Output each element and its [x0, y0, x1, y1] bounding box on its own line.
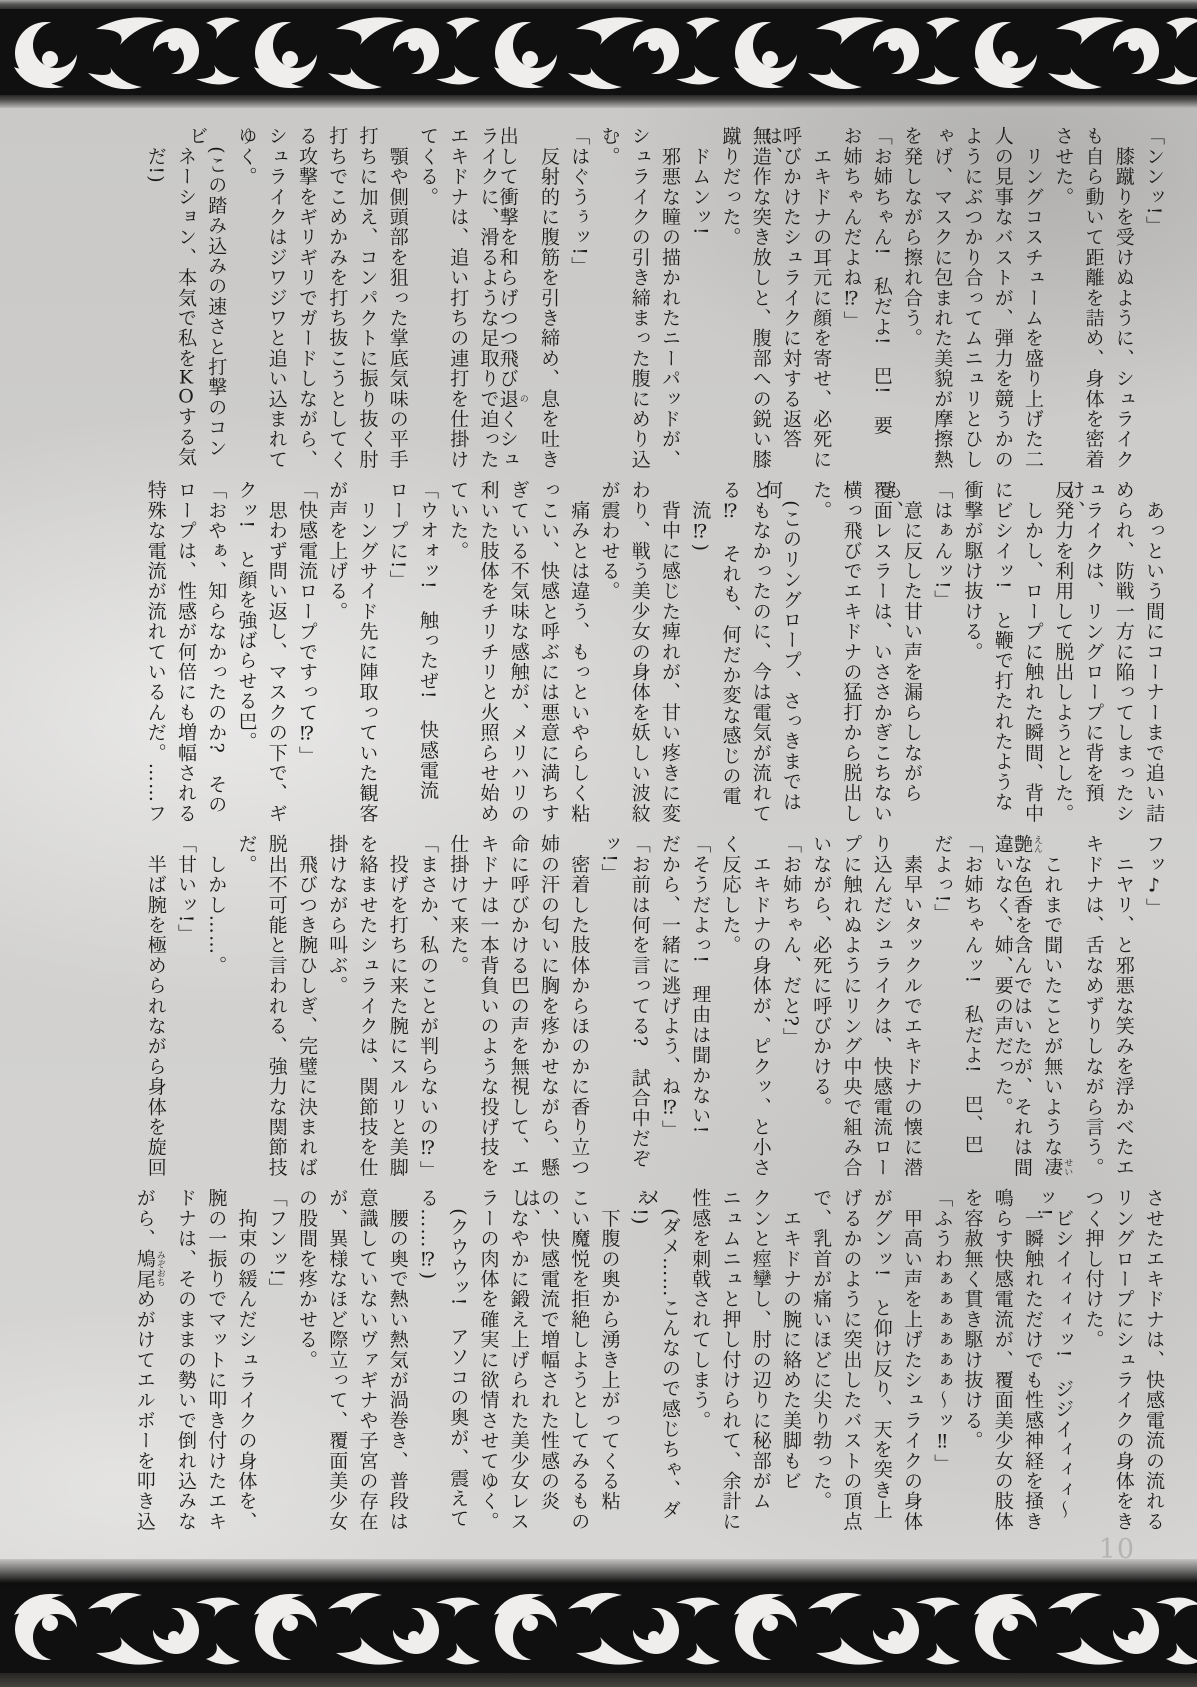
text-column: の、快感電流で増幅された性感の炎は、: [528, 1188, 558, 1536]
text-column: フッ♪」: [1133, 834, 1163, 1182]
text-column: ぎている不気味な感触が、メリハリの: [498, 480, 528, 828]
text-column: 腰の奥で熱い熱気が渦巻き、普段は: [377, 1188, 407, 1536]
text-column: エキドナは、追い打ちの連打を仕掛け: [437, 126, 467, 474]
text-column: 姉の汗の匂いに胸を疼かせながら、懸: [528, 834, 558, 1182]
text-column: リングコスチュームを盛り上げた二: [1012, 126, 1042, 474]
text-column: ニヤリ、と邪悪な笑みを浮かべたエ: [1103, 834, 1133, 1182]
text-column: 「お姉ちゃん、だと?」: [770, 834, 800, 1182]
text-column: させたエキドナは、快感電流の流れる: [1133, 1188, 1163, 1536]
text-column: 意識していないヴァギナや子宮の存在: [346, 1188, 376, 1536]
text-column: これまで聞いたことが無いような凄せい: [1042, 834, 1072, 1182]
text-column: 蹴りだった。: [709, 126, 739, 474]
text-column: る……⁉): [407, 1188, 437, 1536]
text-column: 呼びかけたシュライクに対する返答は、: [770, 126, 800, 474]
text-column: も自ら動いて距離を詰め、身体を密着: [1072, 126, 1102, 474]
text-column: 半ば腕を極められながら身体を旋回: [135, 834, 165, 1182]
text-column: ニュムニュと押し付けられて、余計に: [709, 1188, 739, 1536]
text-column: リングサイド先に陣取っていた観客: [346, 480, 376, 828]
tribal-swirl-icon: [0, 1587, 1197, 1673]
text-column: を絡ませたシュライクは、関節技を仕: [346, 834, 376, 1182]
text-column: わり、戦う美少女の身体を妖しい波紋: [619, 480, 649, 828]
text-column: 背中に感じた痺れが、甘い疼きに変: [649, 480, 679, 828]
text-block-4: させたエキドナは、快感電流の流れるリングロープにシュライクの身体をきつく押し付け…: [133, 1188, 1163, 1536]
text-column: (この踏み込みの速さと打撃のコンビ: [195, 126, 225, 474]
text-column: 「ふうわぁぁぁぁぁぁ〜ッ‼」: [921, 1188, 951, 1536]
book-page: 「ンンッ!」 膝蹴りを受けぬように、シュライクも自ら動いて距離を詰め、身体を密着…: [0, 0, 1197, 1687]
text-column: お姉ちゃんだよね⁉」: [830, 126, 860, 474]
text-column: 「ンンッ!」: [1133, 126, 1163, 474]
text-column: 違いなく、姉、要の声だった。: [982, 834, 1012, 1182]
text-block-2: あっという間にコーナーまで追い詰められ、防戦一方に陥ってしまったシュライクは、リ…: [133, 480, 1163, 828]
text-column: 打ちに加え、コンパクトに振り抜く肘: [346, 126, 376, 474]
text-column: 拘束の緩んだシュライクの身体を、: [225, 1188, 255, 1536]
text-column: 性感を刺戟されてしまう。: [679, 1188, 709, 1536]
text-column: シュライクはジワジワと追い込まれて: [256, 126, 286, 474]
text-column: キドナは、舌なめずりしながら言う。: [1072, 834, 1102, 1182]
text-column: 素早いタックルでエキドナの懐に潜: [891, 834, 921, 1182]
text-column: で、乳首が痛いほどに尖り勃った。: [800, 1188, 830, 1536]
top-border-ornament: [0, 0, 1197, 108]
text-column: (ダメ……こんなので感じちゃ、ダメ: [649, 1188, 679, 1536]
tribal-swirl-icon: [0, 9, 1197, 95]
text-column: ネーション、本気で私をKOする気: [165, 126, 195, 474]
text-column: 覆面レスラーは、いささかぎこちない: [861, 480, 891, 828]
text-column: 利いた肢体をチリチリと火照らせ始め: [467, 480, 497, 828]
text-column: 痛みとは違う、もっといやらしく粘: [558, 480, 588, 828]
text-column: く反応した。: [709, 834, 739, 1182]
text-column: 出して衝撃を和らげつつ飛び退のくシュ: [498, 126, 528, 474]
text-column: プに触れぬようにリング中央で組み合: [830, 834, 860, 1182]
text-column: にビシイッ! と鞭で打たれたような: [982, 480, 1012, 828]
text-column: だよっ!」: [921, 834, 951, 1182]
text-column: ドムンッ!: [679, 126, 709, 474]
text-column: つく押し付けた。: [1072, 1188, 1102, 1536]
text-column: 「お姉ちゃん! 私だよ! 巴! 要: [861, 126, 891, 474]
text-column: 掛けながら叫ぶ。: [316, 834, 346, 1182]
text-column: り込んだシュライクは、快感電流ロー: [861, 834, 891, 1182]
text-column: ラーの肉体を確実に欲情させてゆく。: [467, 1188, 497, 1536]
text-column: ライクに、滑るような足取りで迫った: [467, 126, 497, 474]
text-column: 脱出不可能と言われる、強力な関節技: [256, 834, 286, 1182]
text-column: 「快感電流ロープですって⁉」: [286, 480, 316, 828]
text-column: を容赦無く貫き駆け抜ける。: [951, 1188, 981, 1536]
page-text: 「ンンッ!」 膝蹴りを受けぬように、シュライクも自ら動いて距離を詰め、身体を密着…: [0, 0, 1197, 1687]
text-column: 投げを打ちに来た腕にスルリと美脚: [377, 834, 407, 1182]
text-column: 横っ飛びでエキドナの猛打から脱出し: [830, 480, 860, 828]
text-column: 「フンッ!」: [256, 1188, 286, 1536]
text-column: 甲高い声を上げたシュライクの身体: [891, 1188, 921, 1536]
text-column: がグンッ! と仰け反り、天を突き上: [861, 1188, 891, 1536]
text-column: キドナは一本背負いのような投げ技を: [467, 834, 497, 1182]
text-column: だ!): [135, 126, 165, 474]
text-column: ビシイィィィッ! ジジイィィィ〜ッ!: [1042, 1188, 1072, 1536]
text-column: 思わず問い返し、マスクの下で、ギ: [256, 480, 286, 828]
text-column: エキドナの耳元に顔を寄せ、必死に: [800, 126, 830, 474]
text-column: 「はぁんッ!」: [921, 480, 951, 828]
text-column: 飛びつき腕ひしぎ、完璧に決まれば: [286, 834, 316, 1182]
text-column: させた。: [1042, 126, 1072, 474]
text-column: 仕掛けて来た。: [437, 834, 467, 1182]
text-column: (このリングロープ、さっきまでは何: [770, 480, 800, 828]
text-column: てくる。: [407, 126, 437, 474]
text-column: 「はぐうぅッ!」: [558, 126, 588, 474]
text-column: 「お前は何を言ってる? 試合中だぞ: [619, 834, 649, 1182]
text-column: ロープに!」: [377, 480, 407, 828]
text-column: る攻撃をギリギリでガードしながら、: [286, 126, 316, 474]
text-column: 反発力を利用して脱出しようとした。: [1042, 480, 1072, 828]
text-column: しかし、ロープに触れた瞬間、背中: [1012, 480, 1042, 828]
text-block-3: フッ♪」 ニヤリ、と邪悪な笑みを浮かべたエキドナは、舌なめずりしながら言う。 こ…: [133, 834, 1163, 1182]
text-column: 反射的に腹筋を引き締め、息を吐き: [528, 126, 558, 474]
text-column: しかし……。: [195, 834, 225, 1182]
text-column: ていた。: [437, 480, 467, 828]
text-column: ゃげ、マスクに包まれた美貌が摩擦熱: [921, 126, 951, 474]
text-column: 腕の一振りでマットに叩き付けたエキ: [195, 1188, 225, 1536]
text-column: が震わせる。: [588, 480, 618, 828]
text-column: 「そうだよっ! 理由は聞かない!: [679, 834, 709, 1182]
text-column: だから、一緒に逃げよう、ね⁉」: [649, 834, 679, 1182]
text-column: む。: [588, 126, 618, 474]
text-column: 艶えんな色香を含んではいたが、それは間: [1012, 834, 1042, 1182]
text-column: が、異様なほど際立って、覆面美少女: [316, 1188, 346, 1536]
text-column: リングロープにシュライクの身体をき: [1103, 1188, 1133, 1536]
text-column: ともなかったのに、今は電気が流れて: [740, 480, 770, 828]
text-column: 密着した肢体からほのかに香り立つ: [558, 834, 588, 1182]
text-column: 一瞬触れただけでも性感神経を掻き: [1012, 1188, 1042, 1536]
text-column: ドナは、そのままの勢いで倒れ込みな: [165, 1188, 195, 1536]
text-column: シュライクの引き締まった腹にめり込: [619, 126, 649, 474]
text-column: 膝蹴りを受けぬように、シュライク: [1103, 126, 1133, 474]
text-column: ようにぶつかり合ってムニュリとひし: [951, 126, 981, 474]
text-column: エキドナの腕に絡めた美脚もビ: [770, 1188, 800, 1536]
text-column: 打ちでこめかみを打ち抜こうとしてく: [316, 126, 346, 474]
text-column: 顎や側頭部を狙った掌底気味の平手: [377, 126, 407, 474]
text-column: 命に呼びかける巴の声を無視して、エ: [498, 834, 528, 1182]
text-column: いながら、必死に呼びかける。: [800, 834, 830, 1182]
text-column: こい魔悦を拒絶しようとしてみるもの: [558, 1188, 588, 1536]
text-column: がら、鳩尾みぞおちめがけてエルボーを叩き込: [135, 1188, 165, 1536]
text-column: 特殊な電流が流れているんだ。……フ: [135, 480, 165, 828]
text-column: ュライクは、リングロープに背を預け、: [1072, 480, 1102, 828]
bottom-border-ornament: [0, 1559, 1197, 1687]
text-column: 鳴らす快感電流が、覆面美少女の肢体: [982, 1188, 1012, 1536]
text-column: ッ!」: [588, 834, 618, 1182]
text-column: あっという間にコーナーまで追い詰: [1133, 480, 1163, 828]
text-column: ロープは、性感が何倍にも増幅される: [165, 480, 195, 828]
text-column: 「ウオォッ! 触ったぜ! 快感電流: [407, 480, 437, 828]
text-column: ぇ!): [619, 1188, 649, 1536]
text-column: 「おやぁ、知らなかったのか? その: [195, 480, 225, 828]
text-column: ゆく。: [225, 126, 255, 474]
text-column: クンと痙攣し、肘の辺りに秘部がム: [740, 1188, 770, 1536]
text-column: 流⁉): [679, 480, 709, 828]
text-column: 人の見事なバストが、弾力を競うかの: [982, 126, 1012, 474]
text-column: 下腹の奥から湧き上がってくる粘: [588, 1188, 618, 1536]
text-column: 「まさか、私のことが判らないの⁉」: [407, 834, 437, 1182]
text-column: エキドナの身体が、ピクッ、と小さ: [740, 834, 770, 1182]
text-column: 意に反した甘い声を漏らしながらも、: [891, 480, 921, 828]
text-column: た。: [800, 480, 830, 828]
text-column: 「お姉ちゃんッ! 私だよ! 巴、巴: [951, 834, 981, 1182]
page-number: 10: [1099, 1534, 1135, 1565]
text-column: の股間を疼かせる。: [286, 1188, 316, 1536]
text-column: められ、防戦一方に陥ってしまったシ: [1103, 480, 1133, 828]
text-column: 「甘いッ!」: [165, 834, 195, 1182]
text-column: (クウウッ! アソコの奥が、震えて: [437, 1188, 467, 1536]
text-block-1: 「ンンッ!」 膝蹴りを受けぬように、シュライクも自ら動いて距離を詰め、身体を密着…: [133, 126, 1163, 474]
text-column: 無造作な突き放しと、腹部への鋭い膝: [740, 126, 770, 474]
text-column: しなやかに鍛え上げられた美少女レス: [498, 1188, 528, 1536]
text-column: っこい、快感と呼ぶには悪意に満ちす: [528, 480, 558, 828]
text-column: げるかのように突出したバストの頂点: [830, 1188, 860, 1536]
text-column: クッ! と顔を強ばらせる巴。: [225, 480, 255, 828]
text-column: が声を上げる。: [316, 480, 346, 828]
text-column: だ。: [225, 834, 255, 1182]
text-column: 衝撃が駆け抜ける。: [951, 480, 981, 828]
text-column: る⁉ それも、何だか変な感じの電: [709, 480, 739, 828]
text-column: を発しながら擦れ合う。: [891, 126, 921, 474]
text-column: 邪悪な瞳の描かれたニーパッドが、: [649, 126, 679, 474]
